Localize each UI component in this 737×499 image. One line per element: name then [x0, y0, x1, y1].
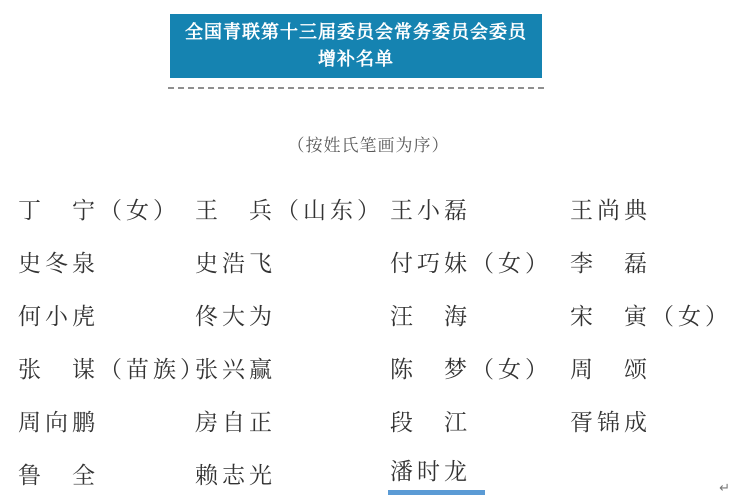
name-list: 丁 宁（女） 王 兵（山东） 王小磊 王尚典 史冬泉 史浩飞 付巧妹（女） 李 …	[18, 182, 730, 499]
name-cell: 段 江	[390, 404, 570, 437]
name-cell: 付巧妹（女）	[390, 245, 570, 278]
name-cell: 宋 寅（女）	[570, 298, 730, 331]
name-cell: 周向鹏	[18, 404, 195, 437]
underlined-name[interactable]: 潘时龙	[388, 453, 485, 495]
name-cell: 陈 梦（女）	[390, 351, 570, 384]
title-line-1: 全国青联第十三届委员会常务委员会委员	[185, 19, 527, 46]
name-cell: 王小磊	[390, 192, 570, 225]
return-mark: ↵	[719, 480, 730, 496]
name-cell: 何小虎	[18, 298, 195, 331]
name-cell: 汪 海	[390, 298, 570, 331]
title-banner: 全国青联第十三届委员会常务委员会委员 增补名单	[170, 14, 542, 78]
name-cell: 张兴赢	[195, 351, 390, 384]
name-cell: 胥锦成	[570, 404, 730, 437]
name-cell: 王 兵（山东）	[195, 192, 390, 225]
name-cell: 张 谋（苗族）	[18, 351, 195, 384]
title-line-2: 增补名单	[318, 46, 394, 73]
name-cell: 李 磊	[570, 245, 730, 278]
name-cell: 赖志光	[195, 457, 390, 490]
name-cell: 史冬泉	[18, 245, 195, 278]
name-cell: 王尚典	[570, 192, 730, 225]
name-cell: 史浩飞	[195, 245, 390, 278]
sort-order-note: （按姓氏笔画为序）	[0, 131, 737, 156]
announcement-page: 全国青联第十三届委员会常务委员会委员 增补名单 （按姓氏笔画为序） 丁 宁（女）…	[0, 0, 737, 499]
name-cell: 鲁 全	[18, 457, 195, 490]
dashed-divider	[168, 87, 544, 89]
name-cell-highlighted: 潘时龙	[390, 453, 570, 495]
name-cell: 房自正	[195, 404, 390, 437]
name-cell: 佟大为	[195, 298, 390, 331]
name-cell: 周 颂	[570, 351, 730, 384]
name-cell: 丁 宁（女）	[18, 192, 195, 225]
